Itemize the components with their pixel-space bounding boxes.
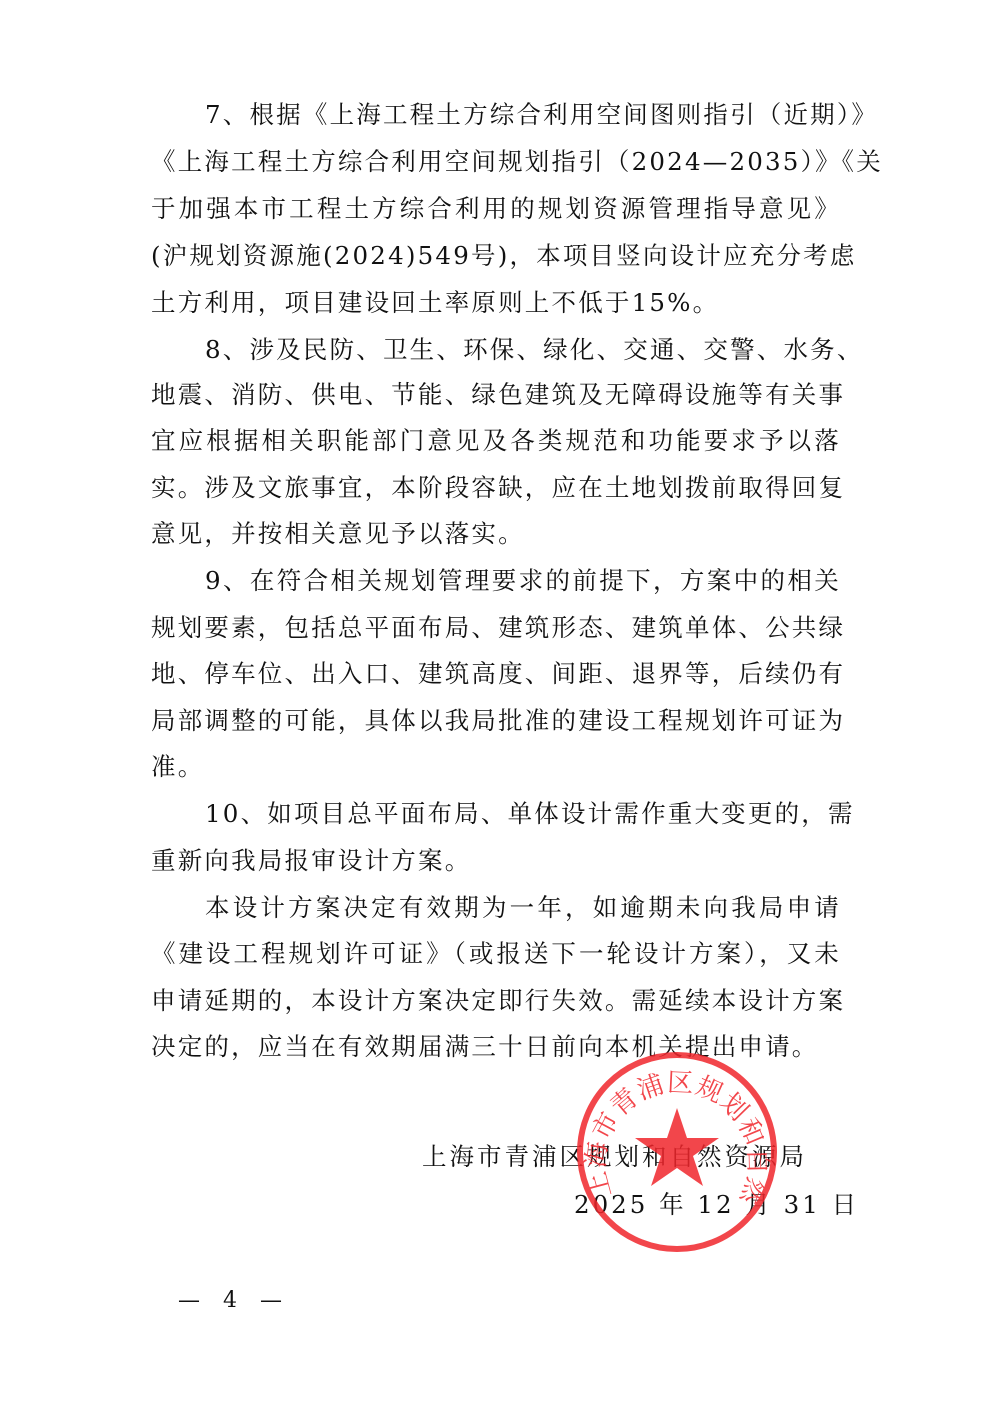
text-line: 10、如项目总平面布局、单体设计需作重大变更的，需 <box>205 799 841 829</box>
text-line: 地震、消防、供电、节能、绿色建筑及无障碍设施等有关事 <box>151 380 841 410</box>
signature-organization: 上海市青浦区规划和自然资源局 <box>422 1142 807 1172</box>
svg-text:上海市青浦区规划和自然资源局: 上海市青浦区规划和自然资源局 <box>575 1050 772 1209</box>
document-page: 7、根据《上海工程土方综合利用空间图则指引（近期）》 《上海工程土方综合利用空间… <box>0 0 992 1403</box>
page-number: — 4 — <box>178 1288 290 1313</box>
text-line: 规划要素，包括总平面布局、建筑形态、建筑单体、公共绿 <box>151 613 841 643</box>
text-line: (沪规划资源施(2024)549号)，本项目竖向设计应充分考虑 <box>151 241 841 271</box>
text-line: 重新向我局报审设计方案。 <box>151 846 841 876</box>
text-line: 决定的，应当在有效期届满三十日前向本机关提出申请。 <box>151 1032 841 1062</box>
text-line: 实。涉及文旅事宜，本阶段容缺，应在土地划拨前取得回复 <box>151 473 841 503</box>
text-line: 意见，并按相关意见予以落实。 <box>151 519 841 549</box>
text-line: 9、在符合相关规划管理要求的前提下，方案中的相关 <box>205 566 841 596</box>
signature-date: 2025 年 12 月 31 日 <box>574 1190 859 1220</box>
text-line: 地、停车位、出入口、建筑高度、间距、退界等，后续仍有 <box>151 659 841 689</box>
text-line: 7、根据《上海工程土方综合利用空间图则指引（近期）》 <box>205 100 841 130</box>
text-line: 8、涉及民防、卫生、环保、绿化、交通、交警、水务、 <box>205 335 841 365</box>
text-line: 《建设工程规划许可证》（或报送下一轮设计方案），又未 <box>151 939 841 969</box>
text-line: 局部调整的可能，具体以我局批准的建设工程规划许可证为 <box>151 706 841 736</box>
text-line: 宜应根据相关职能部门意见及各类规范和功能要求予以落 <box>151 426 841 456</box>
text-line: 本设计方案决定有效期为一年，如逾期未向我局申请 <box>205 893 841 923</box>
seal-text: 上海市青浦区规划和自然资源局 <box>575 1050 772 1209</box>
text-line: 《上海工程土方综合利用空间规划指引（2024—2035）》《关 <box>151 147 841 177</box>
text-line: 申请延期的，本设计方案决定即行失效。需延续本设计方案 <box>151 986 841 1016</box>
text-line: 准。 <box>151 752 841 782</box>
text-line: 土方利用，项目建设回土率原则上不低于15%。 <box>151 288 841 318</box>
text-line: 于加强本市工程土方综合利用的规划资源管理指导意见》 <box>151 194 841 224</box>
